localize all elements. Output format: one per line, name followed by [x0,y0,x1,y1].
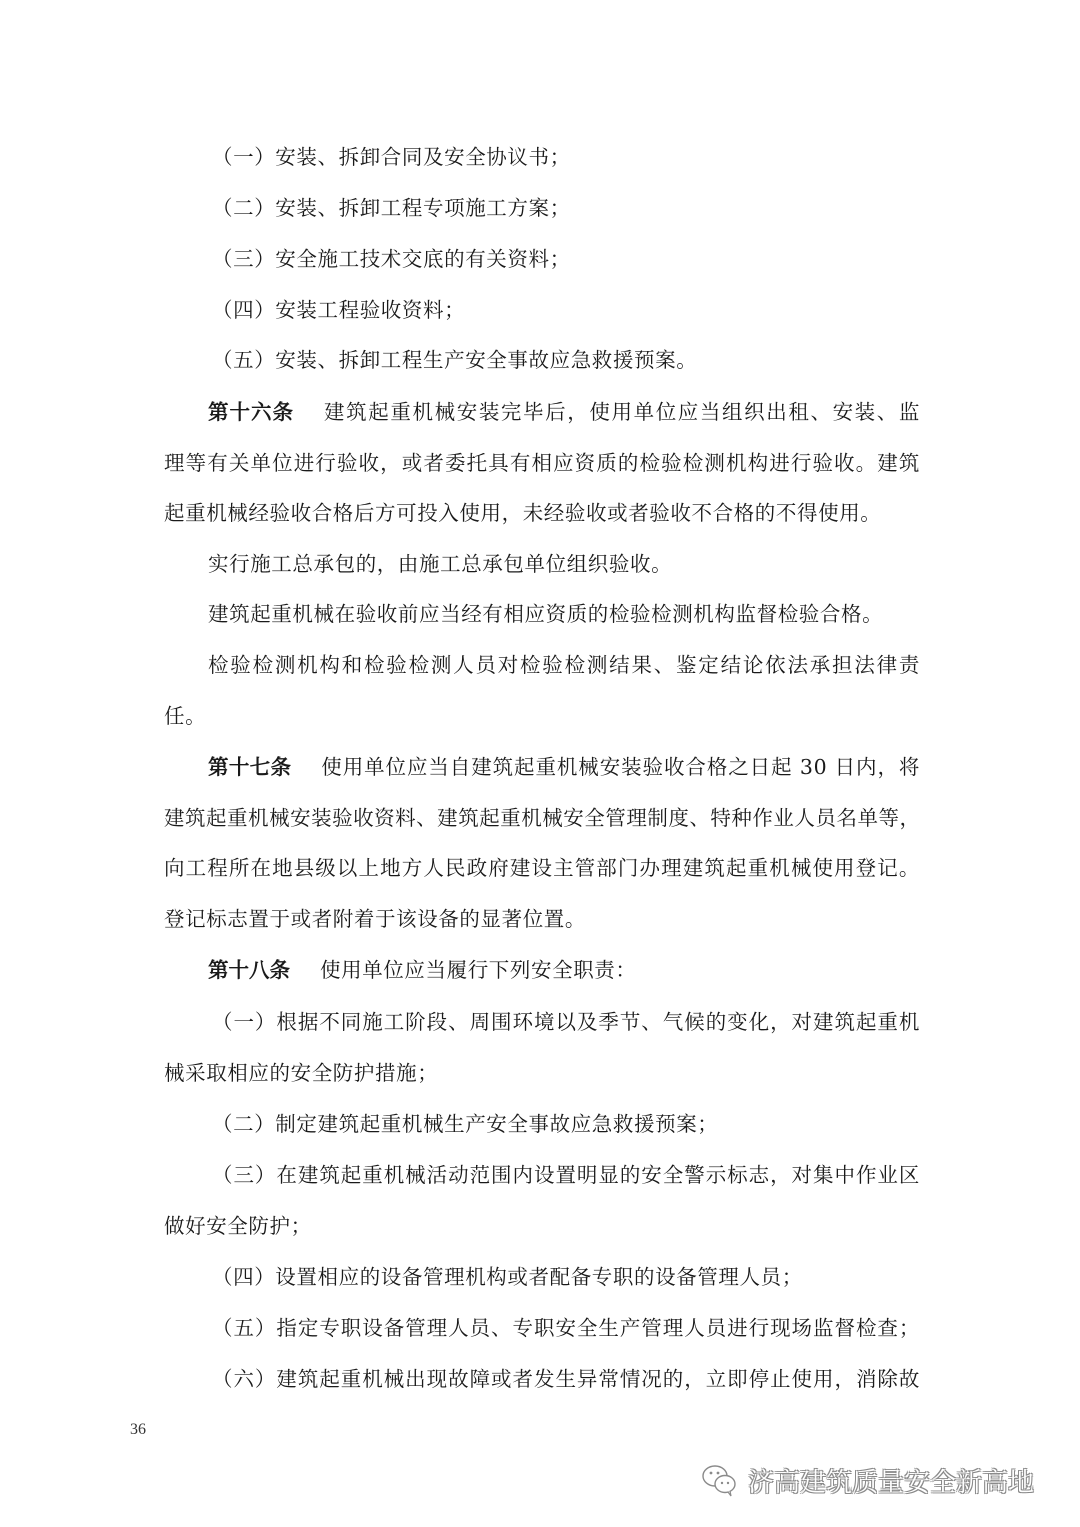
article-18-line-1: 第十八条使用单位应当履行下列安全职责： [208,955,920,985]
paragraph-line: 任。 [164,701,920,731]
duty-item-3-cont: 做好安全防护； [164,1211,920,1241]
article-17-line-3: 向工程所在地县级以上地方人民政府建设主管部门办理建筑起重机械使用登记。 [164,853,920,883]
paragraph-line: 建筑起重机械在验收前应当经有相应资质的检验检测机构监督检验合格。 [208,599,920,629]
list-item-4: （四）安装工程验收资料； [212,295,920,325]
article-16-line-3: 起重机械经验收合格后方可投入使用，未经验收或者验收不合格的不得使用。 [164,498,920,528]
list-item-5: （五）安装、拆卸工程生产安全事故应急救援预案。 [212,345,920,375]
wechat-icon [700,1462,740,1498]
duty-item-1-cont: 械采取相应的安全防护措施； [164,1058,920,1088]
document-page: （一）安装、拆卸合同及安全协议书； （二）安装、拆卸工程专项施工方案； （三）安… [0,0,1080,1527]
article-16-heading: 第十六条 [208,400,294,424]
article-17-line-1: 第十七条使用单位应当自建筑起重机械安装验收合格之日起 30 日内，将 [208,752,920,782]
list-item-1: （一）安装、拆卸合同及安全协议书； [212,142,920,172]
article-16-text: 建筑起重机械安装完毕后，使用单位应当组织出租、安装、监 [324,400,920,424]
paragraph-line: 检验检测机构和检验检测人员对检验检测结果、鉴定结论依法承担法律责 [208,650,920,680]
article-18-text: 使用单位应当履行下列安全职责： [320,958,637,982]
article-18-heading: 第十八条 [208,958,290,982]
article-17-line-2: 建筑起重机械安装验收资料、建筑起重机械安全管理制度、特种作业人员名单等， [164,803,920,833]
duty-item-1: （一）根据不同施工阶段、周围环境以及季节、气候的变化，对建筑起重机 [212,1007,920,1037]
article-17-line-4: 登记标志置于或者附着于该设备的显著位置。 [164,904,920,934]
list-item-2: （二）安装、拆卸工程专项施工方案； [212,193,920,223]
article-16-line-1: 第十六条建筑起重机械安装完毕后，使用单位应当组织出租、安装、监 [208,397,920,427]
duty-item-5: （五）指定专职设备管理人员、专职安全生产管理人员进行现场监督检查； [212,1313,920,1343]
page-number: 36 [130,1421,146,1439]
watermark: 济高建筑质量安全新高地 [700,1460,1034,1500]
list-item-3: （三）安全施工技术交底的有关资料； [212,244,920,274]
paragraph-line: 实行施工总承包的，由施工总承包单位组织验收。 [208,549,920,579]
article-16-line-2: 理等有关单位进行验收，或者委托具有相应资质的检验检测机构进行验收。建筑 [164,448,920,478]
watermark-text: 济高建筑质量安全新高地 [748,1462,1034,1499]
duty-item-2: （二）制定建筑起重机械生产安全事故应急救援预案； [212,1109,920,1139]
duty-item-6: （六）建筑起重机械出现故障或者发生异常情况的，立即停止使用，消除故 [212,1364,920,1394]
article-17-heading: 第十七条 [208,755,291,779]
duty-item-3: （三）在建筑起重机械活动范围内设置明显的安全警示标志，对集中作业区 [212,1160,920,1190]
article-17-text: 使用单位应当自建筑起重机械安装验收合格之日起 30 日内，将 [321,755,920,779]
duty-item-4: （四）设置相应的设备管理机构或者配备专职的设备管理人员； [212,1262,920,1292]
